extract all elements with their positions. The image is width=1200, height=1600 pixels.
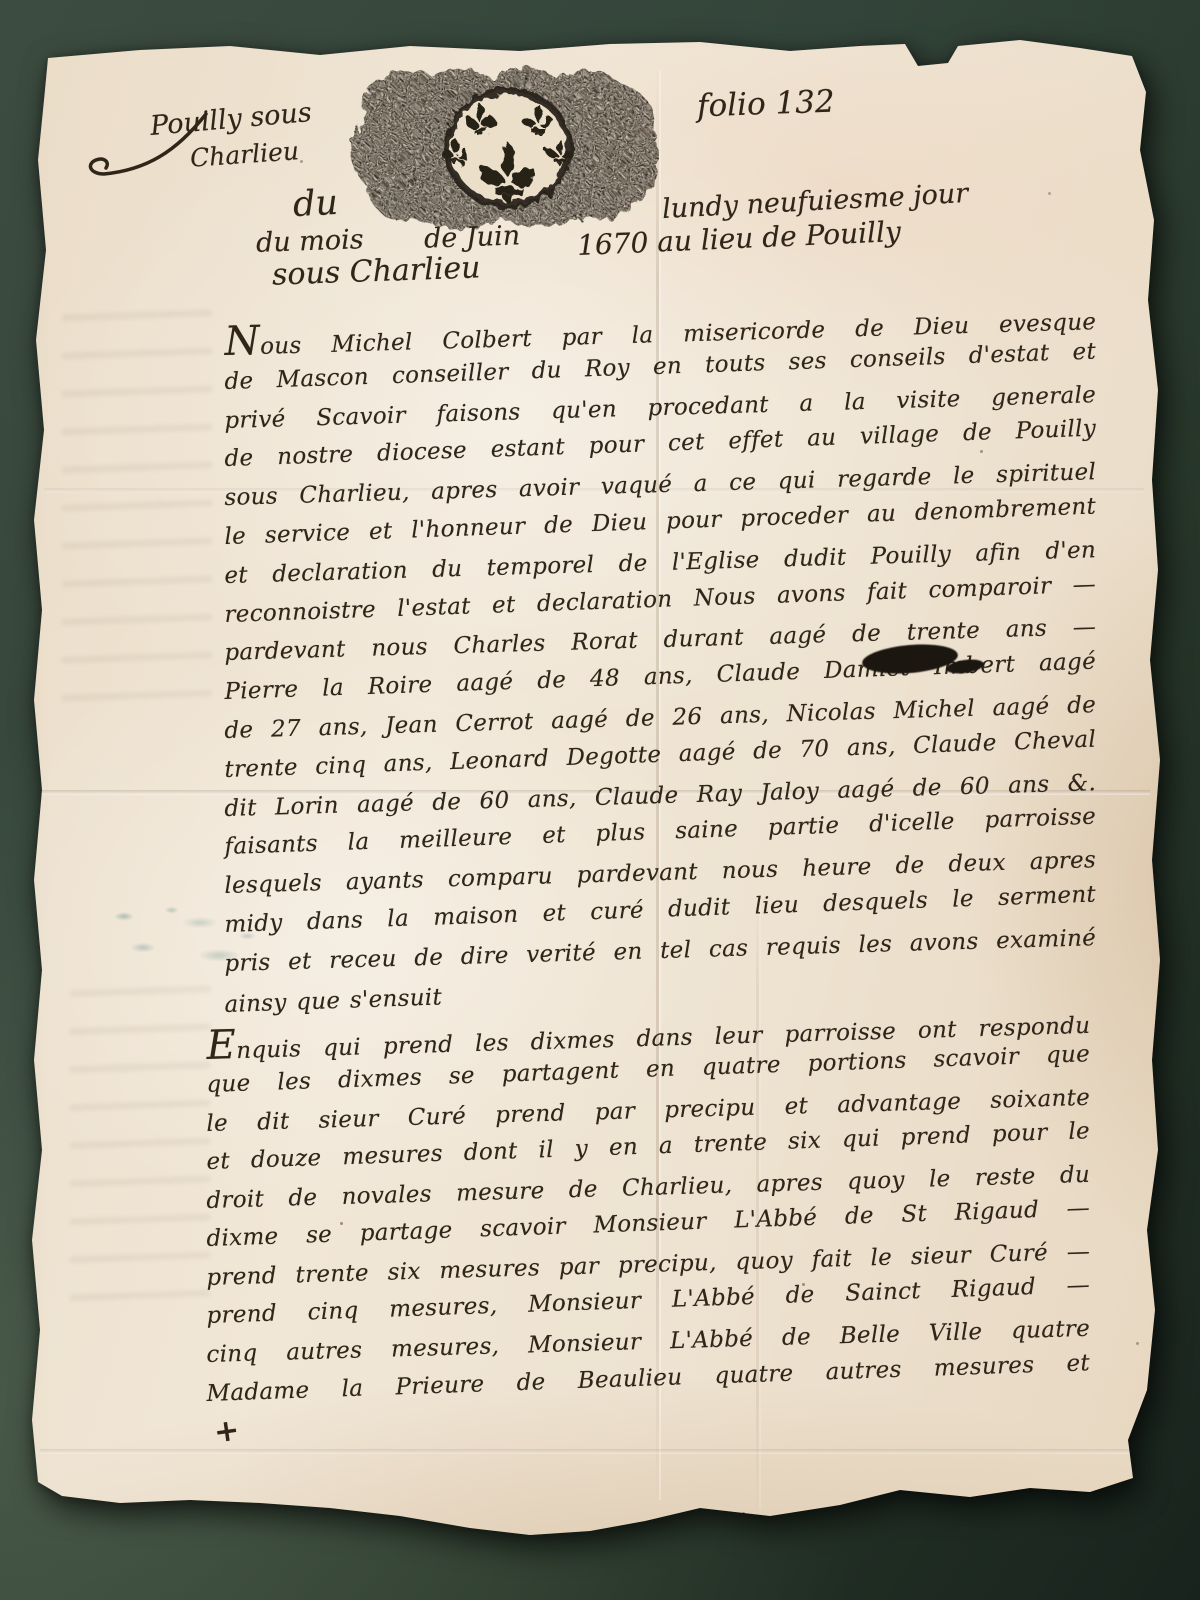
date-month-mid: de Juin [423, 220, 520, 254]
manuscript-line: ainsy que s'ensuit [224, 982, 443, 1022]
date-month-prefix: du mois [255, 224, 364, 259]
folio-number: folio 132 [696, 84, 835, 125]
annotation-flourish [86, 112, 266, 192]
date-place-line: sous Charlieu [271, 250, 481, 292]
horizontal-fold-crease-3 [40, 1449, 1140, 1454]
date-du: du [292, 183, 339, 225]
photo-background: Pouilly sous Charlieu folio 132 du lundy… [0, 0, 1200, 1600]
bleedthrough-text-shadow [62, 290, 212, 710]
paper-specks [40, 40, 43, 43]
end-plus-mark: + [212, 1412, 242, 1450]
bleedthrough-text-shadow-2 [70, 980, 210, 1310]
fleur-de-lis-revenue-stamp [338, 58, 668, 240]
manuscript-paper: Pouilly sous Charlieu folio 132 du lundy… [0, 0, 1200, 1600]
paper-shadow: Pouilly sous Charlieu folio 132 du lundy… [0, 0, 1200, 1600]
